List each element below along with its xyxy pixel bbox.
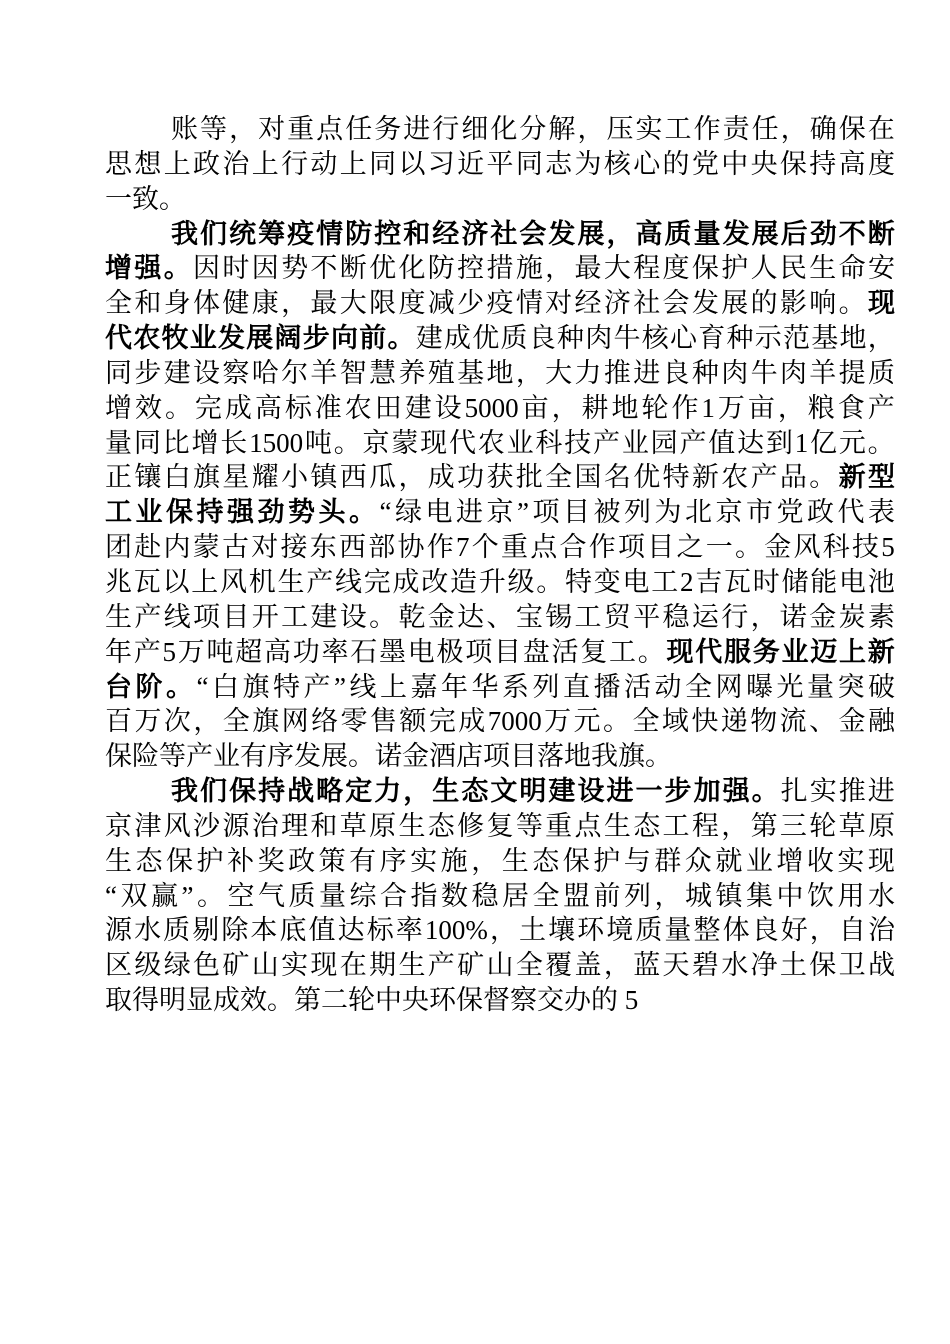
text-run: 后	[781, 217, 808, 252]
text-run: 同	[134, 426, 161, 461]
text-run: 络	[311, 704, 338, 739]
text-run: 种	[557, 321, 584, 356]
text-run: 古	[222, 530, 249, 565]
text-run: 行	[432, 112, 459, 147]
text-run: 增	[191, 426, 218, 461]
text-line: 我们保持战略定力，生态文明建设进一步加强。扎实推进	[105, 774, 895, 809]
text-run: 区	[105, 948, 132, 983]
text-run: 田	[375, 391, 402, 426]
text-run: 优	[472, 321, 499, 356]
text-run: 工	[663, 809, 690, 844]
text-line: 团赴内蒙古对接东西部协作7个重点合作项目之一。金风科技5	[105, 530, 895, 565]
text-run: 和	[403, 217, 430, 252]
text-run: 目	[222, 600, 249, 635]
text-run: 上	[839, 635, 866, 670]
text-run: 工	[651, 565, 678, 600]
text-run: 锡	[545, 600, 572, 635]
text-run: 数	[441, 879, 468, 914]
text-run: 。	[536, 565, 563, 600]
text-run: ，	[471, 844, 498, 879]
text-run: 京	[363, 426, 390, 461]
text-run: 度	[663, 251, 690, 286]
text-run: 能	[810, 565, 837, 600]
text-run: 力	[575, 356, 602, 391]
text-run: 态	[461, 774, 488, 809]
text-run: 科	[823, 530, 850, 565]
text-run: 期	[369, 948, 396, 983]
text-run: 值	[708, 426, 735, 461]
text-run: 小	[281, 460, 308, 495]
text-run: 被	[593, 495, 620, 530]
text-run: 质	[501, 321, 528, 356]
text-line: 增效。完成高标准农田建设5000亩，耕地轮作1万亩，粮食产	[105, 391, 895, 426]
text-run: 工	[575, 600, 602, 635]
text-run: 羊	[310, 356, 337, 391]
text-run: 时	[753, 565, 780, 600]
text-run: 售	[370, 704, 397, 739]
text-run: 央	[751, 147, 778, 182]
text-run: ，	[398, 460, 425, 495]
text-run: 保	[166, 495, 193, 530]
text-run: 阔	[275, 321, 302, 356]
text-run: 个	[472, 530, 499, 565]
text-run: 势	[281, 251, 308, 286]
text-run: 白	[164, 460, 191, 495]
text-run: 零	[341, 704, 368, 739]
text-run: 业	[622, 426, 649, 461]
text-run: 作	[694, 112, 721, 147]
text-run: 现	[420, 426, 447, 461]
text-run: 命	[839, 251, 866, 286]
text-run: 保	[692, 251, 719, 286]
text-run: 地	[612, 391, 639, 426]
text-run: 社	[490, 217, 517, 252]
text-run: 吨	[305, 426, 332, 461]
text-run: 作	[589, 530, 616, 565]
text-run: 值	[309, 913, 336, 948]
text-run: 点	[316, 112, 343, 147]
text-run: 生	[809, 251, 836, 286]
text-run: 华	[471, 670, 498, 705]
text-run: 复	[486, 809, 513, 844]
text-run: 优	[369, 251, 396, 286]
text-run: 众	[685, 844, 712, 879]
text-run: 度	[398, 286, 425, 321]
text-run: 牛	[751, 356, 778, 391]
text-run: ，	[516, 356, 543, 391]
text-run: 全	[532, 879, 559, 914]
text-run: 升	[479, 565, 506, 600]
text-run: 不	[839, 217, 866, 252]
text-run: 指	[410, 879, 437, 914]
text-run: 疫	[486, 286, 513, 321]
text-run: 全	[545, 460, 572, 495]
text-run: 对	[258, 112, 285, 147]
text-run: 工	[105, 495, 132, 530]
text-run: 京	[486, 495, 513, 530]
text-run: 大	[340, 286, 367, 321]
text-run: 上	[340, 147, 367, 182]
text-run: 我	[171, 774, 198, 809]
text-run: 党	[776, 495, 803, 530]
text-run: 沙	[193, 809, 220, 844]
text-run: 元	[574, 704, 601, 739]
text-run: 、	[486, 600, 513, 635]
text-run: 生	[278, 565, 305, 600]
text-run: 蒙	[193, 530, 220, 565]
text-run: 民	[780, 251, 807, 286]
text-run: 会	[519, 217, 546, 252]
text-line: 我们统筹疫情防控和经济社会发展，高质量发展后劲不断	[105, 217, 895, 252]
text-run: 万	[134, 704, 161, 739]
text-run: 品	[780, 460, 807, 495]
text-run: 点	[530, 530, 557, 565]
text-run: 以	[398, 147, 425, 182]
text-run: 农	[721, 460, 748, 495]
text-run: ，	[606, 217, 633, 252]
text-run: 限	[369, 286, 396, 321]
text-run: 盟	[563, 879, 590, 914]
text-run: 因	[252, 251, 279, 286]
text-run: 动	[654, 670, 681, 705]
text-run: 现	[868, 286, 895, 321]
text-run: 技	[852, 530, 879, 565]
text-run: 建	[416, 321, 443, 356]
text-run: 良	[529, 321, 556, 356]
text-run: 经	[432, 217, 459, 252]
text-run: 解	[548, 112, 575, 147]
text-run: 示	[755, 321, 782, 356]
text-run: 发	[692, 286, 719, 321]
text-run: 建	[405, 391, 432, 426]
text-run: 电	[623, 565, 650, 600]
text-line: 百万次，全旗网络零售额完成7000万元。全域快递物流、金融	[105, 704, 895, 739]
text-run: 自	[839, 913, 866, 948]
text-run: 活	[552, 635, 579, 670]
text-run: 风	[220, 565, 247, 600]
text-run: 压	[606, 112, 633, 147]
text-run: 长	[220, 426, 247, 461]
text-run: 风	[794, 530, 821, 565]
text-run: 新	[692, 460, 719, 495]
text-run: 肉	[721, 356, 748, 391]
text-run: 技	[564, 426, 591, 461]
text-run: 贸	[604, 600, 631, 635]
text-run: 核	[604, 147, 631, 182]
text-run: ，	[545, 251, 572, 286]
text-run: 山	[252, 948, 279, 983]
text-run: 额	[399, 704, 426, 739]
text-run: 业	[190, 321, 217, 356]
text-run: 们	[200, 774, 227, 809]
text-run: 新	[868, 635, 895, 670]
text-run: 1500	[249, 426, 303, 461]
text-run: 慧	[369, 356, 396, 391]
text-run: “	[380, 495, 392, 530]
text-line: 账等，对重点任务进行细化分解，压实工作责任，确保在	[105, 112, 895, 147]
text-run: 量	[664, 913, 691, 948]
text-run: 年	[441, 670, 468, 705]
text-run: 水	[721, 948, 748, 983]
text-run: ”	[181, 879, 193, 914]
text-run: 量	[694, 217, 721, 252]
text-run: 工	[609, 635, 636, 670]
text-run: 星	[222, 460, 249, 495]
text-run: 我	[171, 217, 198, 252]
text-line: 兆瓦以上风机生产线完成改造升级。特变电工2吉瓦时储能电池	[105, 565, 895, 600]
text-run: 第	[751, 809, 778, 844]
text-run: 稳	[663, 600, 690, 635]
text-run: 碧	[692, 948, 719, 983]
text-run: 等	[200, 112, 227, 147]
text-run: 轮	[641, 391, 668, 426]
text-run: 分	[519, 112, 546, 147]
text-run: 大	[545, 356, 572, 391]
text-run: 业	[746, 844, 773, 879]
text-run: 耕	[582, 391, 609, 426]
text-run: 想	[134, 147, 161, 182]
text-run: 推	[604, 356, 631, 391]
text-run: 。	[164, 251, 191, 286]
text-line: 生产线项目开工建设。乾金达、宝锡工贸平稳运行，诺金炭素	[105, 600, 895, 635]
text-run: 到	[766, 426, 793, 461]
text-run: 7	[456, 530, 470, 565]
text-run: 矿	[222, 948, 249, 983]
text-run: 赴	[134, 530, 161, 565]
text-run: 盘	[523, 635, 550, 670]
text-run: 护	[721, 251, 748, 286]
text-run: 全	[632, 704, 659, 739]
text-run: 瓦	[134, 565, 161, 600]
text-run: 行	[281, 147, 308, 182]
text-run: 保	[563, 844, 590, 879]
text-run: 水	[134, 913, 161, 948]
text-run: 服	[724, 635, 751, 670]
text-run: 兆	[105, 565, 132, 600]
text-run: 剔	[192, 913, 219, 948]
text-run: 京	[105, 809, 132, 844]
text-run: 5	[881, 530, 895, 565]
text-run: 。	[809, 460, 836, 495]
text-run: 务	[753, 635, 780, 670]
text-run: ，	[868, 321, 895, 356]
text-run: 习	[428, 147, 455, 182]
text-run: 点	[575, 809, 602, 844]
text-run: 的	[751, 286, 778, 321]
text-run: 成	[444, 321, 471, 356]
text-run: 量	[807, 670, 834, 705]
text-run: 一	[706, 530, 733, 565]
text-run: 羊	[809, 356, 836, 391]
text-run: 覆	[545, 948, 572, 983]
text-run: 用	[837, 879, 864, 914]
text-run: ，	[193, 704, 220, 739]
text-run: 持	[258, 774, 285, 809]
text-run: 重	[501, 530, 528, 565]
text-run: 西	[339, 530, 366, 565]
text-run: 亿	[810, 426, 837, 461]
text-run: 上	[164, 147, 191, 182]
text-run: 目	[647, 530, 674, 565]
text-run: 特	[663, 460, 690, 495]
text-run: 劲	[258, 495, 285, 530]
text-run: 镶	[134, 460, 161, 495]
text-run: ，	[552, 391, 579, 426]
text-run: 金	[764, 530, 791, 565]
text-run: 会	[663, 286, 690, 321]
text-run: 质	[163, 913, 190, 948]
text-run: 措	[486, 251, 513, 286]
text-run: 牧	[162, 321, 189, 356]
text-run: 明	[519, 774, 546, 809]
text-run: 行	[721, 600, 748, 635]
text-run: 设	[340, 600, 367, 635]
text-line: 量同比增长1500吨。京蒙现代农业科技产业园产值达到1亿元。	[105, 426, 895, 461]
text-run: 扎	[781, 774, 808, 809]
text-run: 最	[575, 251, 602, 286]
text-run: 草	[839, 809, 866, 844]
text-run: 就	[715, 844, 742, 879]
text-run: 集	[746, 879, 773, 914]
text-run: 项	[193, 600, 220, 635]
text-run: 推	[839, 774, 866, 809]
text-run: 力	[374, 774, 401, 809]
text-run: 综	[349, 879, 376, 914]
text-run: 同	[516, 147, 543, 182]
text-run: 项	[618, 530, 645, 565]
text-run: 种	[692, 356, 719, 391]
text-run: 同	[105, 356, 132, 391]
text-run: 平	[633, 600, 660, 635]
text-run: 元	[839, 426, 866, 461]
text-run: 断	[868, 217, 895, 252]
text-run: 产	[134, 635, 161, 670]
text-run: 实	[410, 844, 437, 879]
text-run: 防	[428, 251, 455, 286]
text-run: 定	[345, 774, 372, 809]
text-run: 加	[694, 774, 721, 809]
text-run: 津	[134, 809, 161, 844]
text-run: 1	[701, 391, 715, 426]
text-run: 储	[782, 565, 809, 600]
text-run: 特	[565, 565, 592, 600]
text-run: 健	[222, 286, 249, 321]
text-run: 山	[486, 948, 513, 983]
text-run: 战	[868, 948, 895, 983]
text-run: 京	[715, 495, 742, 530]
text-run: 尔	[281, 356, 308, 391]
text-run: 实	[837, 844, 864, 879]
text-run: 展	[577, 217, 604, 252]
text-run: 任	[752, 112, 779, 147]
text-run: 效	[135, 391, 162, 426]
text-run: 。	[197, 879, 224, 914]
text-run: 保	[809, 948, 836, 983]
text-run: 设	[193, 356, 220, 391]
text-run: 获	[486, 460, 513, 495]
text-run: 电	[408, 635, 435, 670]
text-run: 瓜	[369, 460, 396, 495]
text-run: 原	[369, 809, 396, 844]
text-line: 工业保持强劲势头。“绿电进京”项目被列为北京市党政代表	[105, 495, 895, 530]
text-run: 镇	[310, 460, 337, 495]
text-run: 动	[310, 147, 337, 182]
text-run: 比	[163, 426, 190, 461]
text-run: 池	[868, 565, 895, 600]
text-run: 双	[120, 879, 147, 914]
text-run: 少	[457, 286, 484, 321]
text-run: 旗	[242, 670, 269, 705]
text-run: ”	[517, 495, 529, 530]
text-run: 发	[548, 217, 575, 252]
text-run: 产	[303, 670, 330, 705]
text-run: 列	[624, 879, 651, 914]
text-run: 进	[403, 112, 430, 147]
text-run: 等	[516, 809, 543, 844]
text-run: 功	[293, 635, 320, 670]
text-run: 上	[252, 147, 279, 182]
text-run: 代	[695, 635, 722, 670]
text-run: 产	[428, 948, 455, 983]
text-run: 5	[163, 635, 177, 670]
text-line: 一致。	[105, 182, 895, 217]
text-run: 同	[369, 147, 396, 182]
text-run: 略	[316, 774, 343, 809]
text-run: 人	[751, 251, 778, 286]
text-run: 百	[105, 704, 132, 739]
text-run: 筹	[258, 217, 285, 252]
text-run: 墨	[379, 635, 406, 670]
text-run: ，	[654, 879, 681, 914]
text-run: 现	[868, 844, 895, 879]
text-run: 内	[164, 530, 191, 565]
text-run: 高	[255, 391, 282, 426]
text-run: 良	[663, 356, 690, 391]
text-run: 肉	[780, 356, 807, 391]
text-run: 率	[322, 635, 349, 670]
text-run: 中	[776, 879, 803, 914]
text-run: 展	[721, 286, 748, 321]
text-run: ，	[490, 913, 517, 948]
text-run: 突	[837, 670, 864, 705]
text-run: 5000	[465, 391, 519, 426]
text-run: 进	[606, 774, 633, 809]
text-run: 势	[288, 495, 315, 530]
text-run: 为	[654, 495, 681, 530]
text-run: 产	[751, 460, 778, 495]
text-run: 园	[651, 426, 678, 461]
text-run: 理	[281, 809, 308, 844]
text-run: 情	[516, 286, 543, 321]
text-run: 群	[654, 844, 681, 879]
text-run: 阶	[136, 670, 163, 705]
text-run: ，	[577, 112, 604, 147]
text-run: 科	[535, 426, 562, 461]
text-run: 身	[164, 286, 191, 321]
text-run: 。	[349, 495, 376, 530]
text-run: 前	[593, 879, 620, 914]
text-run: 标	[367, 913, 394, 948]
text-run: 矿	[457, 948, 484, 983]
text-run: 团	[105, 530, 132, 565]
text-run: 进	[633, 356, 660, 391]
text-run: 量	[105, 426, 132, 461]
text-run: 成	[428, 460, 455, 495]
text-run: 列	[624, 495, 651, 530]
text-run: 牛	[614, 321, 641, 356]
text-run: 展	[752, 217, 779, 252]
text-run: 一致。	[105, 184, 186, 214]
